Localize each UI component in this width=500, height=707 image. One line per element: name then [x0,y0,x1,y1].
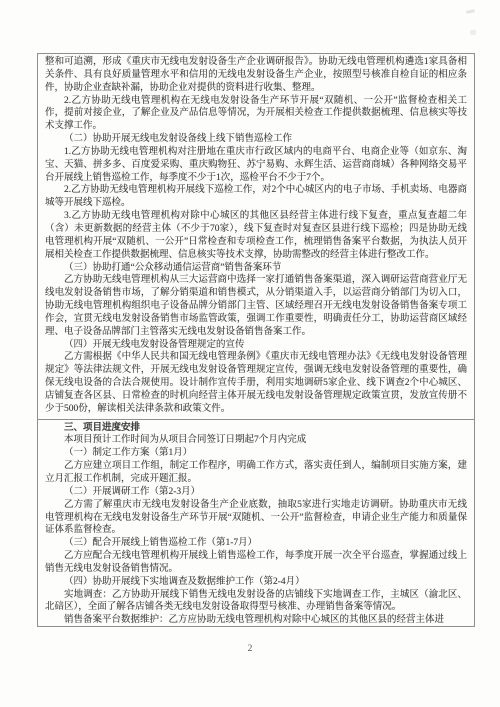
paragraph: 实地调查：乙方协助开展线下销售无线电发射设备的店铺线下实地调查工作，主城区（渝北… [45,589,467,615]
section-subheading: （二）协助开展无线电发射设备线上线下销售巡检工作 [45,133,467,146]
section-subheading: （四）开展无线电发射设备管理规定的宣传 [45,339,467,352]
paragraph: 乙方需了解重庆市无线电发射设备生产企业底数，抽取5家进行实地走访调研。协助重庆市… [45,499,467,538]
section-subheading: （二）开展调研工作（第2-3月） [45,486,467,499]
section-subheading: （四）协助开展线下实地调查及数据维护工作（第2-4月） [45,576,467,589]
page-number: 2 [0,644,500,654]
contract-table: 整和可追溯，形成《重庆市无线电发射设备生产企业调研报告》。协助无线电管理机构遴选… [37,53,475,627]
paragraph: 2.乙方协助无线电管理机构在无线电发射设备生产环节开展“双随机、一公开”监督检查… [45,95,467,134]
paragraph: 3.乙方协助无线电管理机构对除中心城区的其他区县经营主体进行线下复查，重点复查超… [45,210,467,261]
paragraph: 乙方协助无线电管理机构从三大运营商中选择一家打通销售备案渠道，深入调研运营商营业… [45,274,467,338]
scan-artifact [470,30,476,35]
section-heading: 三、项目进度安排 [45,422,467,435]
table-cell-work-content: 整和可追溯，形成《重庆市无线电发射设备生产企业调研报告》。协助无线电管理机构遴选… [38,54,474,420]
paragraph: 2.乙方协助无线电管理机构开展线下巡检工作，对2个中心城区内的电子市场、手机卖场… [45,184,467,210]
scan-artifact [466,9,475,14]
paragraph: 销售备案平台数据维护：乙方应协助无线电管理机构对除中心城区的其他区县的经营主体进 [45,614,467,625]
section-subheading: （一）制定工作方案（第1月） [45,447,467,460]
paragraph: 本项目预计工作时间为从项目合同签订日期起7个月内完成 [45,434,467,447]
paragraph: 整和可追溯，形成《重庆市无线电发射设备生产企业调研报告》。协助无线电管理机构遴选… [45,56,467,95]
section-subheading: （三）配合开展线上销售巡检工作（第1-7月） [45,537,467,550]
table-cell-schedule: 三、项目进度安排 本项目预计工作时间为从项目合同签订日期起7个月内完成 （一）制… [38,420,474,626]
paragraph: 乙方需根据《中华人民共和国无线电管理条例》《重庆市无线电管理办法》《无线电发射设… [45,351,467,415]
section-subheading: （三）协助打通“公众移动通信运营商”销售备案环节 [45,262,467,275]
paragraph: 乙方应配合无线电管理机构开展线上销售巡检工作，每季度开展一次全平台巡查，掌握通过… [45,550,467,576]
document-page: 整和可追溯，形成《重庆市无线电发射设备生产企业调研报告》。协助无线电管理机构遴选… [0,0,500,707]
paragraph: 1.乙方协助无线电管理机构对注册地在重庆市行政区域内的电商平台、电商企业等（如京… [45,146,467,185]
paragraph: 乙方应建立项目工作组，制定工作程序，明确工作方式，落实责任到人，编制项目实施方案… [45,460,467,486]
